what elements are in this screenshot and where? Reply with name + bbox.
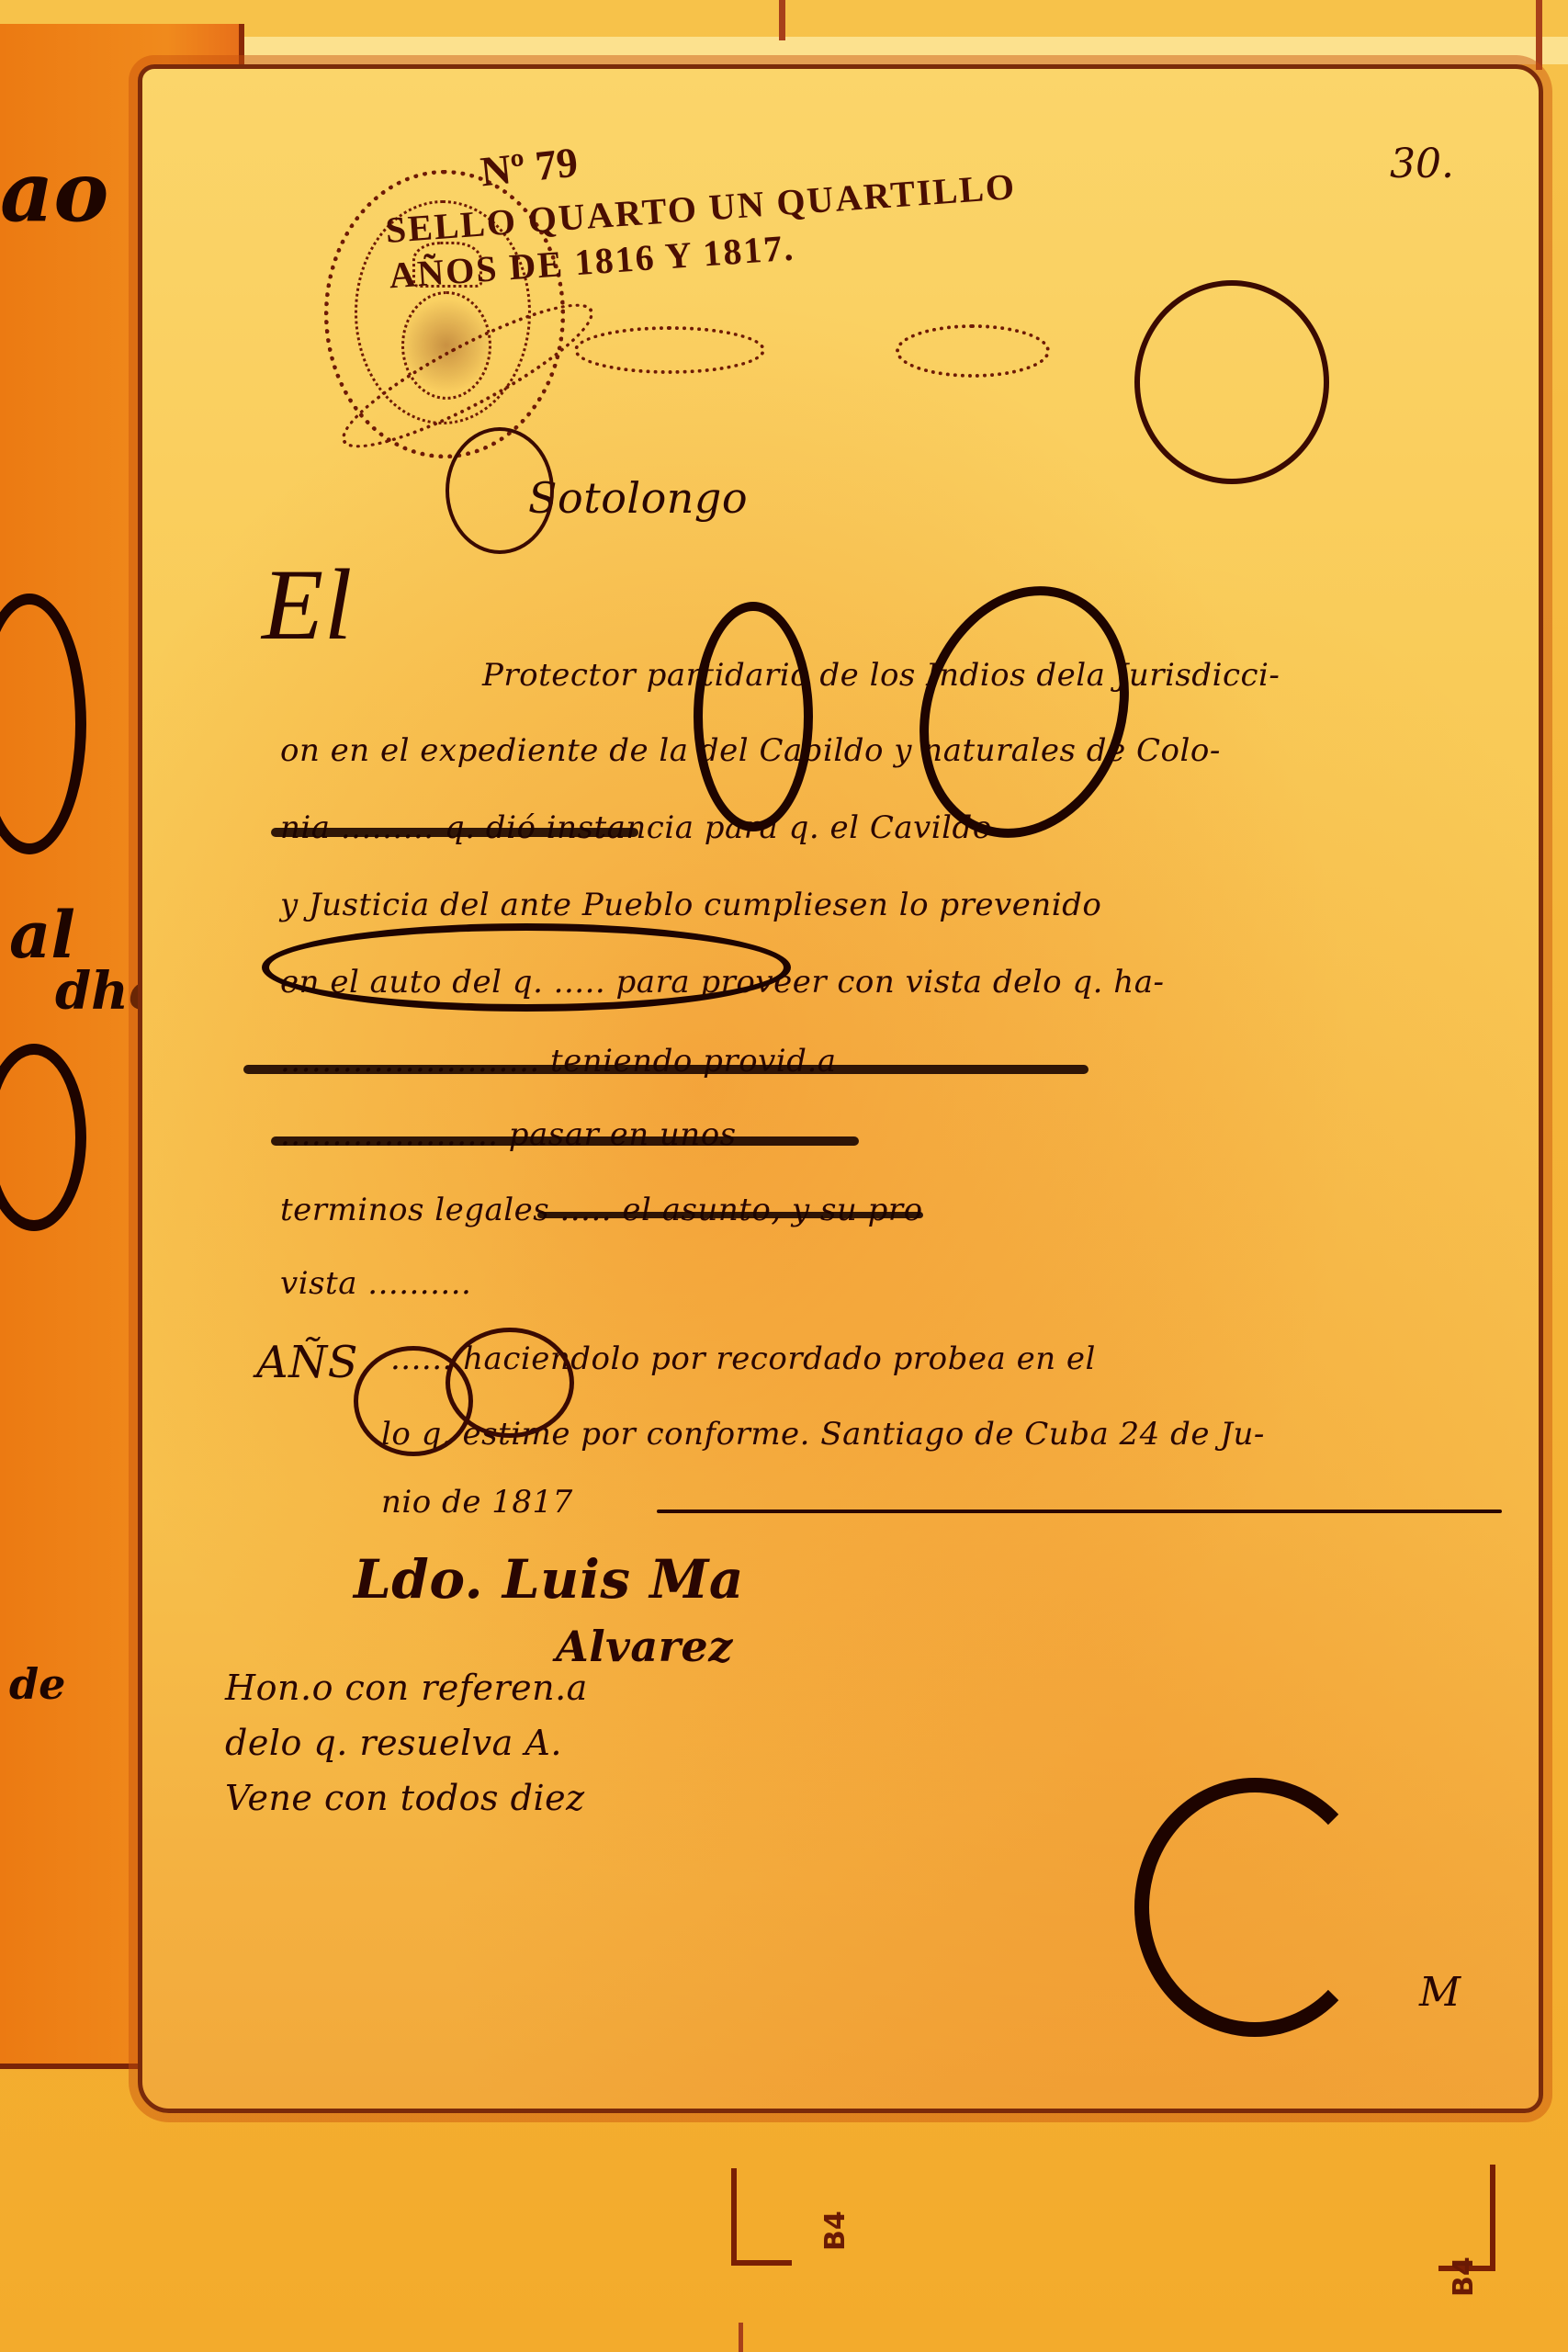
- closing-line: [657, 1510, 1502, 1513]
- margin-note-line-1: Hon.o con referen.a: [225, 1668, 588, 1708]
- archive-label-left: B4: [819, 2211, 852, 2251]
- stamp-scroll-ornament: [896, 324, 1050, 378]
- text-line-7: ..................... pasar en unos: [280, 1116, 737, 1153]
- stamp-scroll-ornament: [574, 326, 765, 374]
- rubric-flourish: [1134, 1778, 1375, 2037]
- margin-note-line-2: delo q. resuelva A.: [225, 1723, 562, 1763]
- archive-ruler-mark: [779, 0, 785, 40]
- signature-flourish: [446, 427, 554, 554]
- archive-label-right: B4: [1448, 2256, 1480, 2297]
- strikethrough: [271, 828, 638, 837]
- strikethrough: [537, 1212, 923, 1218]
- header-signature: Sotolongo: [528, 473, 748, 523]
- archive-corner-mark: [1438, 2165, 1495, 2271]
- folio-number: 30.: [1390, 141, 1454, 187]
- ink-flourish: [0, 1044, 86, 1231]
- archive-ruler-mark: [739, 2323, 743, 2352]
- signature-name: Ldo. Luis Ma: [354, 1548, 744, 1611]
- strikethrough: [243, 1065, 1089, 1074]
- archive-corner-mark: [731, 2168, 792, 2266]
- decree-mark: AÑS: [256, 1337, 358, 1388]
- strikethrough: [271, 1136, 859, 1146]
- margin-note-line-3: Vene con todos diez: [225, 1778, 585, 1818]
- text-line-6: ......................... teniendo provi…: [280, 1043, 837, 1080]
- ink-rubric-loop: [694, 602, 813, 831]
- ink-rubric-loop: [446, 1328, 574, 1438]
- decree-line-3: nio de 1817: [381, 1484, 573, 1521]
- text-line-8: terminos legales ..... el asunto, y su p…: [280, 1192, 923, 1228]
- adjacent-folio-mark: ao: [0, 143, 108, 241]
- ink-flourish: [0, 594, 86, 854]
- rubric-initials: M: [1419, 1969, 1461, 2016]
- text-line-9: vista ..........: [280, 1265, 471, 1302]
- text-line-1: Protector partidario de los Indios dela …: [482, 657, 1280, 694]
- adjacent-folio-mark: de: [9, 1659, 65, 1709]
- archive-ruler-mark: [1536, 0, 1542, 70]
- manuscript-page: 30. Nº 79 SELLO QUARTO UN QUARTILLO AÑOS…: [138, 64, 1543, 2113]
- signature-surname: Alvarez: [556, 1622, 733, 1671]
- initial-letter: El: [262, 547, 353, 663]
- ink-rubric-loop: [262, 923, 791, 1012]
- text-line-4: y Justicia del ante Pueblo cumpliesen lo…: [280, 887, 1101, 923]
- rubric-flourish: [1134, 280, 1329, 484]
- stamp-serial-number: Nº 79: [479, 138, 581, 197]
